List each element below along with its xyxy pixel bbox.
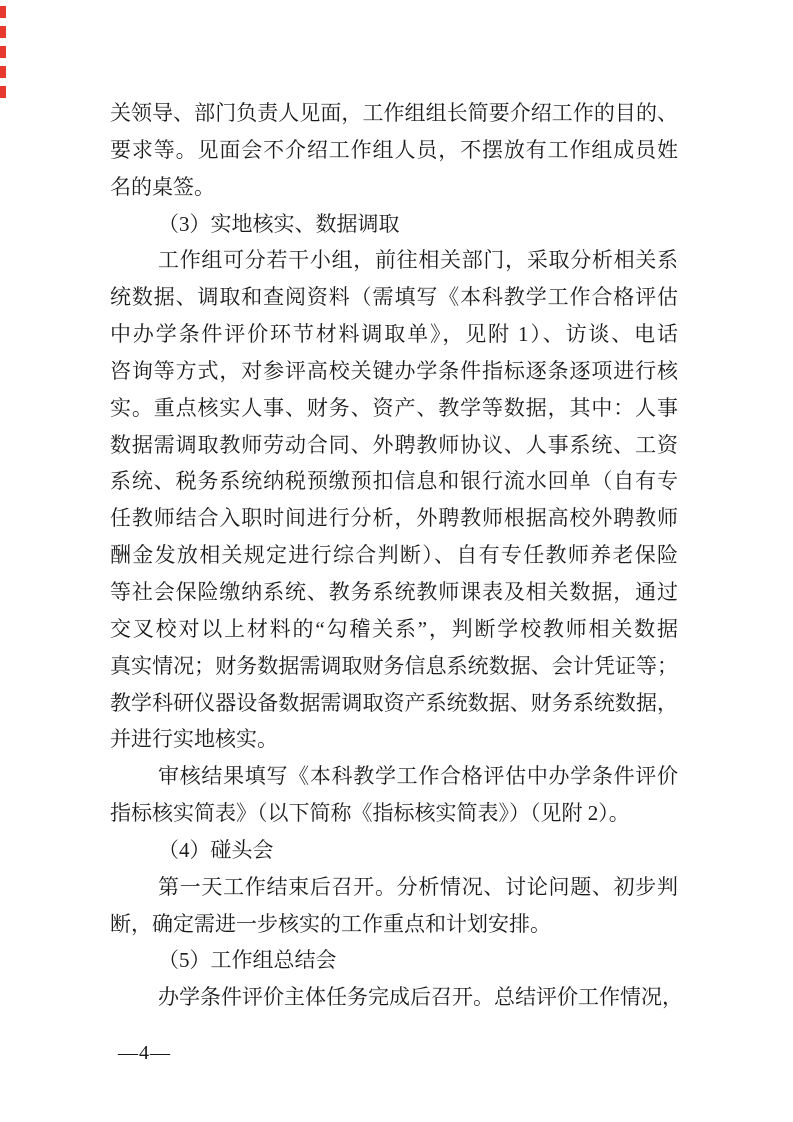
paragraph: （3）实地核实、数据调取	[110, 206, 678, 243]
text-line: 第一天工作结束后召开。分析情况、讨论问题、初步判	[110, 869, 678, 906]
page-number: —4—	[118, 1042, 171, 1065]
text-line: 工作组可分若干小组，前往相关部门，采取分析相关系	[110, 242, 678, 279]
red-edge-mark	[0, 26, 6, 38]
red-edge-mark	[0, 46, 6, 58]
text-line: 实。重点核实人事、财务、资产、教学等数据，其中：人事	[110, 390, 678, 427]
document-body-text: 关领导、部门负责人见面，工作组组长简要介绍工作的目的、要求等。见面会不介绍工作组…	[110, 95, 678, 1016]
paragraph: 关领导、部门负责人见面，工作组组长简要介绍工作的目的、要求等。见面会不介绍工作组…	[110, 95, 678, 206]
text-line: 数据需调取教师劳动合同、外聘教师协议、人事系统、工资	[110, 427, 678, 464]
text-line: 等社会保险缴纳系统、教务系统教师课表及相关数据，通过	[110, 574, 678, 611]
text-line: （3）实地核实、数据调取	[110, 206, 678, 243]
text-line: 真实情况；财务数据需调取财务信息系统数据、会计凭证等；	[110, 648, 678, 685]
text-line: 名的桌签。	[110, 169, 678, 206]
text-line: 交叉校对以上材料的“勾稽关系”，判断学校教师相关数据	[110, 611, 678, 648]
paragraph: 办学条件评价主体任务完成后召开。总结评价工作情况，	[110, 979, 678, 1016]
text-line: 教学科研仪器设备数据需调取资产系统数据、财务系统数据，	[110, 685, 678, 722]
text-line: 任教师结合入职时间进行分析，外聘教师根据高校外聘教师	[110, 500, 678, 537]
paragraph: 审核结果填写《本科教学工作合格评估中办学条件评价指标核实简表》（以下简称《指标核…	[110, 758, 678, 832]
text-line: （5）工作组总结会	[110, 942, 678, 979]
paragraph: 第一天工作结束后召开。分析情况、讨论问题、初步判断，确定需进一步核实的工作重点和…	[110, 869, 678, 943]
paragraph: 工作组可分若干小组，前往相关部门，采取分析相关系统数据、调取和查阅资料（需填写《…	[110, 242, 678, 758]
scan-edge-marks	[0, 6, 8, 106]
document-page: 关领导、部门负责人见面，工作组组长简要介绍工作的目的、要求等。见面会不介绍工作组…	[0, 0, 793, 1122]
red-edge-mark	[0, 6, 6, 18]
text-line: 酬金发放相关规定进行综合判断）、自有专任教师养老保险	[110, 537, 678, 574]
text-line: 咨询等方式，对参评高校关键办学条件指标逐条逐项进行核	[110, 353, 678, 390]
paragraph: （5）工作组总结会	[110, 942, 678, 979]
red-edge-mark	[0, 66, 6, 78]
text-line: 关领导、部门负责人见面，工作组组长简要介绍工作的目的、	[110, 95, 678, 132]
text-line: 指标核实简表》（以下简称《指标核实简表》）（见附 2）。	[110, 795, 678, 832]
text-line: 统数据、调取和查阅资料（需填写《本科教学工作合格评估	[110, 279, 678, 316]
text-line: 审核结果填写《本科教学工作合格评估中办学条件评价	[110, 758, 678, 795]
text-line: 要求等。见面会不介绍工作组人员，不摆放有工作组成员姓	[110, 132, 678, 169]
text-line: 并进行实地核实。	[110, 721, 678, 758]
text-line: 中办学条件评价环节材料调取单》，见附 1）、访谈、电话	[110, 316, 678, 353]
red-edge-mark	[0, 86, 6, 98]
text-line: 办学条件评价主体任务完成后召开。总结评价工作情况，	[110, 979, 678, 1016]
text-line: 断，确定需进一步核实的工作重点和计划安排。	[110, 906, 678, 943]
paragraph: （4）碰头会	[110, 832, 678, 869]
text-line: （4）碰头会	[110, 832, 678, 869]
text-line: 系统、税务系统纳税预缴预扣信息和银行流水回单（自有专	[110, 463, 678, 500]
